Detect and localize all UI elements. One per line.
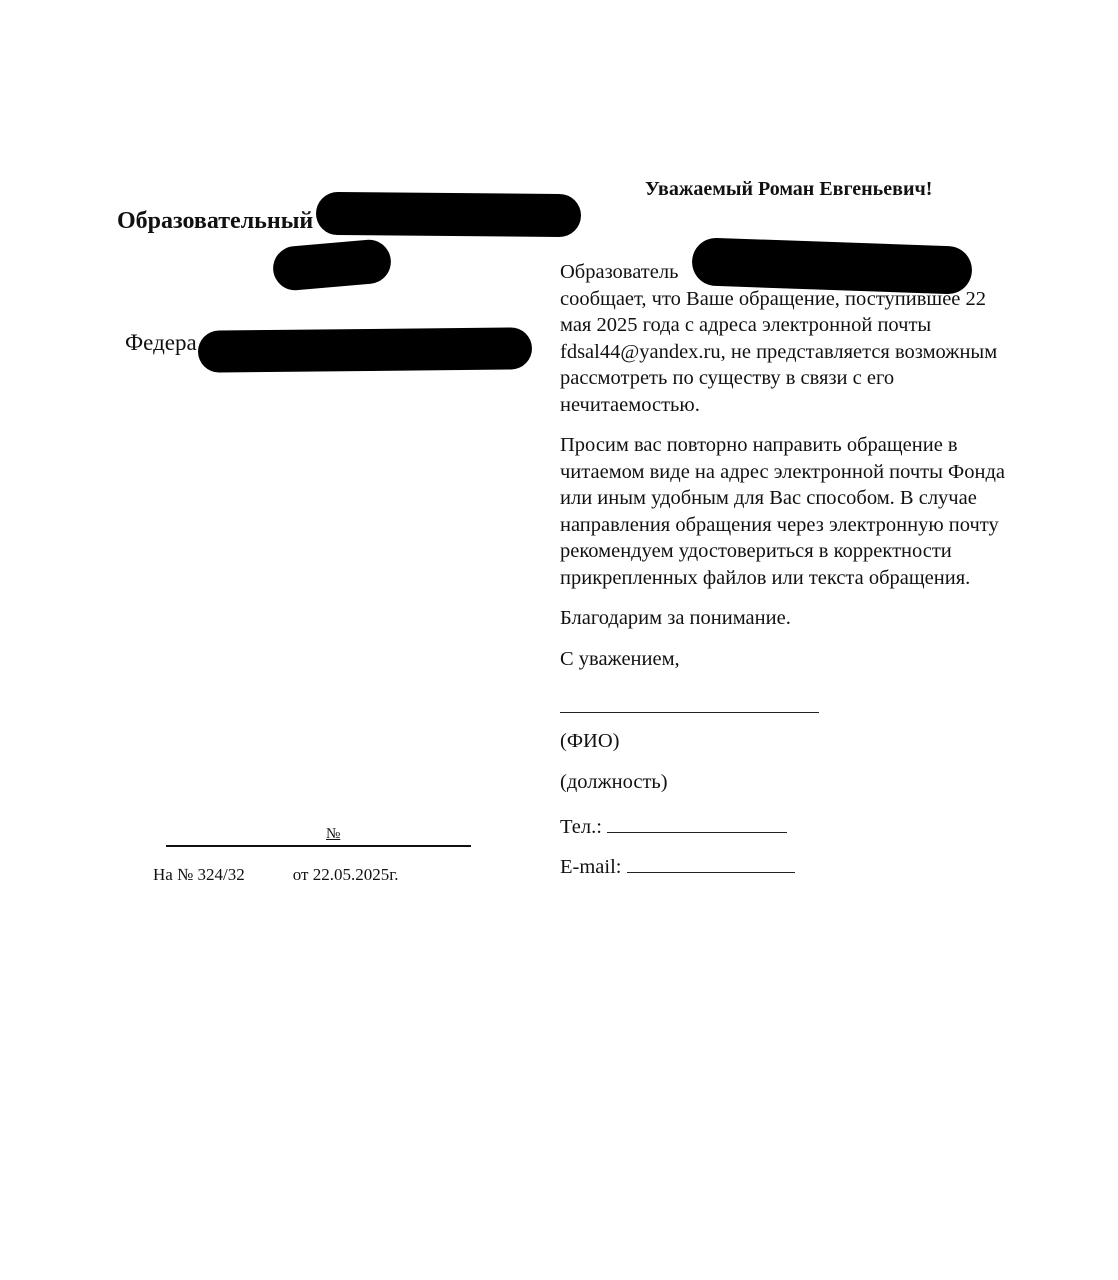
email-blank: [627, 854, 795, 873]
redaction-federal-line: [198, 327, 532, 372]
letter-closing: С уважением,: [560, 646, 1080, 673]
in-reply-date: от 22.05.2025г.: [293, 865, 399, 884]
letter-paragraph-1: сообщает, что Ваше обращение, поступивше…: [560, 286, 1080, 419]
signature-line: [560, 712, 819, 713]
phone-label: Тел.:: [560, 816, 602, 838]
outgoing-number-line: [166, 845, 471, 847]
signer-name-placeholder: (ФИО): [560, 730, 619, 753]
redaction-org-name: [316, 192, 581, 237]
in-reply-number: На № 324/32: [153, 865, 245, 884]
phone-blank: [607, 814, 787, 833]
organization-title: Образовательный: [117, 208, 313, 235]
greeting: Уважаемый Роман Евгеньевич!: [645, 178, 932, 201]
letter-paragraph-2: Просим вас повторно направить обращение …: [560, 432, 1080, 591]
redaction-org-name-line2: [271, 238, 392, 292]
email-label: E-mail:: [560, 856, 621, 878]
redaction-org-name-body: [691, 237, 973, 295]
signer-position-placeholder: (должность): [560, 771, 668, 794]
letter-body: Образователь сообщает, что Ваше обращени…: [560, 259, 1080, 686]
phone-field: Тел.:: [560, 814, 787, 839]
outgoing-number-label: №: [326, 826, 340, 843]
in-reply-reference: На № 324/32от 22.05.2025г.: [153, 865, 399, 885]
email-field: E-mail:: [560, 854, 795, 879]
federal-line: Федера: [125, 330, 197, 356]
letter-thanks: Благодарим за понимание.: [560, 605, 1080, 632]
